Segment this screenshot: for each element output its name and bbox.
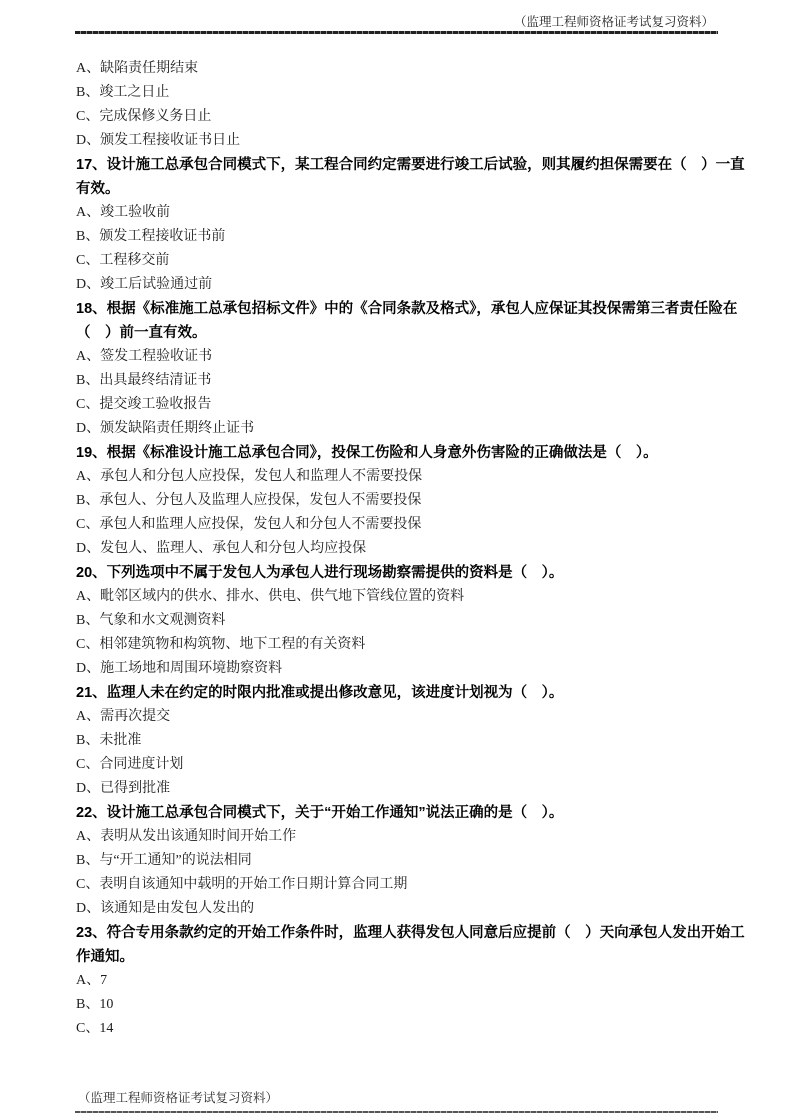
- option-line: C、工程移交前: [76, 249, 752, 273]
- option-line: B、颁发工程接收证书前: [76, 225, 752, 249]
- option-line: B、与“开工通知”的说法相同: [76, 849, 752, 873]
- option-line: C、提交竣工验收报告: [76, 393, 752, 417]
- document-page: （监理工程师资格证考试复习资料） A、缺陷责任期结束B、竣工之日止C、完成保修义…: [0, 0, 792, 1120]
- question-text-line: 23、符合专用条款约定的开始工作条件时，监理人获得发包人同意后应提前（ ）天向承…: [76, 921, 752, 945]
- option-line: A、签发工程验收证书: [76, 345, 752, 369]
- option-line: A、承包人和分包人应投保，发包人和监理人不需要投保: [76, 465, 752, 489]
- option-line: D、已得到批准: [76, 777, 752, 801]
- option-line: D、该通知是由发包人发出的: [76, 897, 752, 921]
- question-text-line: 22、设计施工总承包合同模式下，关于“开始工作通知”说法正确的是（ ）。: [76, 801, 752, 825]
- option-line: B、承包人、分包人及监理人应投保，发包人不需要投保: [76, 489, 752, 513]
- option-line: D、发包人、监理人、承包人和分包人均应投保: [76, 537, 752, 561]
- option-line: C、承包人和监理人应投保，发包人和分包人不需要投保: [76, 513, 752, 537]
- option-line: A、需再次提交: [76, 705, 752, 729]
- option-line: C、完成保修义务日止: [76, 105, 752, 129]
- question-text-line: 20、下列选项中不属于发包人为承包人进行现场勘察需提供的资料是（ ）。: [76, 561, 752, 585]
- option-line: C、表明自该通知中载明的开始工作日期计算合同工期: [76, 873, 752, 897]
- option-line: C、14: [76, 1017, 752, 1041]
- question-text-line: 作通知。: [76, 945, 752, 969]
- option-line: D、颁发工程接收证书日止: [76, 129, 752, 153]
- page-footer-title: （监理工程师资格证考试复习资料）: [78, 1088, 278, 1106]
- question-text-line: 18、根据《标准施工总承包招标文件》中的《合同条款及格式》，承包人应保证其投保需…: [76, 297, 752, 321]
- option-line: C、合同进度计划: [76, 753, 752, 777]
- question-text-line: 21、监理人未在约定的时限内批准或提出修改意见，该进度计划视为（ ）。: [76, 681, 752, 705]
- option-line: A、毗邻区域内的供水、排水、供电、供气地下管线位置的资料: [76, 585, 752, 609]
- option-line: D、竣工后试验通过前: [76, 273, 752, 297]
- option-line: B、竣工之日止: [76, 81, 752, 105]
- question-text-line: 17、设计施工总承包合同模式下，某工程合同约定需要进行竣工后试验，则其履约担保需…: [76, 153, 752, 177]
- option-line: A、7: [76, 969, 752, 993]
- option-line: A、表明从发出该通知时间开始工作: [76, 825, 752, 849]
- option-line: C、相邻建筑物和构筑物、地下工程的有关资料: [76, 633, 752, 657]
- option-line: B、10: [76, 993, 752, 1017]
- option-line: D、施工场地和周围环境勘察资料: [76, 657, 752, 681]
- option-line: B、未批准: [76, 729, 752, 753]
- question-text-line: 19、根据《标准设计施工总承包合同》，投保工伤险和人身意外伤害险的正确做法是（ …: [76, 441, 752, 465]
- footer-divider: [75, 1111, 718, 1113]
- option-line: B、出具最终结清证书: [76, 369, 752, 393]
- question-text-line: （ ）前一直有效。: [76, 321, 752, 345]
- option-line: B、气象和水文观测资料: [76, 609, 752, 633]
- document-body: A、缺陷责任期结束B、竣工之日止C、完成保修义务日止D、颁发工程接收证书日止17…: [76, 57, 752, 1041]
- page-header-title: （监理工程师资格证考试复习资料）: [514, 12, 714, 30]
- header-divider: [75, 31, 718, 34]
- option-line: A、缺陷责任期结束: [76, 57, 752, 81]
- question-text-line: 有效。: [76, 177, 752, 201]
- option-line: A、竣工验收前: [76, 201, 752, 225]
- option-line: D、颁发缺陷责任期终止证书: [76, 417, 752, 441]
